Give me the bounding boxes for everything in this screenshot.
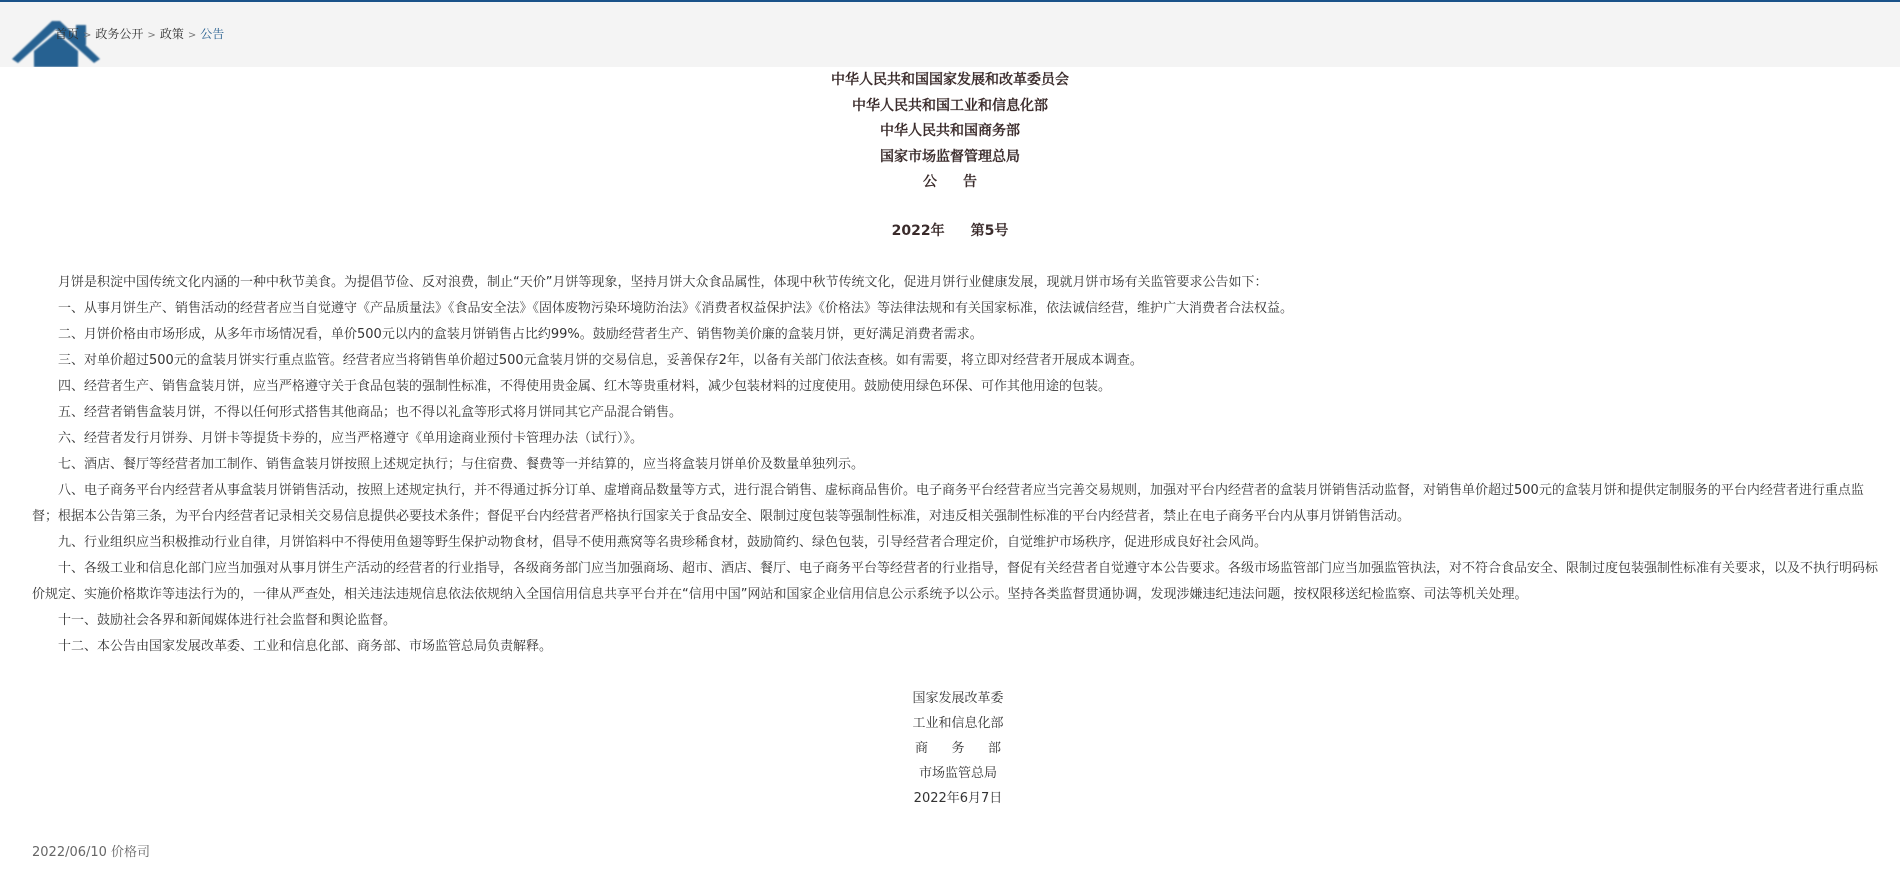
paragraph-11: 十一、鼓励社会各界和新闻媒体进行社会监督和舆论监督。 bbox=[32, 608, 1882, 634]
paragraph-9: 九、行业组织应当积极推动行业自律，月饼馅料中不得使用鱼翅等野生保护动物食材，倡导… bbox=[32, 530, 1882, 556]
document-number-value: 第5号 bbox=[971, 223, 1009, 239]
paragraph-4: 四、经营者生产、销售盒装月饼，应当严格遵守关于食品包装的强制性标准，不得使用贵金… bbox=[32, 374, 1882, 400]
breadcrumb-home[interactable]: 首页 bbox=[55, 27, 79, 41]
issuer-mofcom: 中华人民共和国商务部 bbox=[0, 120, 1900, 146]
signature-date: 2022年6月7日 bbox=[858, 786, 1058, 811]
signature-ndrc: 国家发展改革委 bbox=[858, 686, 1058, 711]
document-number: 2022年第5号 bbox=[0, 220, 1900, 246]
breadcrumb-policy[interactable]: 政策 bbox=[160, 27, 184, 41]
signature-mofcom: 商 务 部 bbox=[915, 736, 1001, 761]
paragraph-8: 八、电子商务平台内经营者从事盒装月饼销售活动，按照上述规定执行，并不得通过拆分订… bbox=[32, 478, 1882, 530]
document-body: 月饼是积淀中国传统文化内涵的一种中秋节美食。为提倡节俭、反对浪费，制止“天价”月… bbox=[32, 270, 1882, 660]
document-type: 公告 bbox=[0, 171, 1900, 197]
signature-mofcom-char-1: 商 bbox=[915, 736, 928, 761]
breadcrumb-gov-affairs[interactable]: 政务公开 bbox=[95, 27, 143, 41]
paragraph-12: 十二、本公告由国家发展改革委、工业和信息化部、商务部、市场监管总局负责解释。 bbox=[32, 634, 1882, 660]
paragraph-intro: 月饼是积淀中国传统文化内涵的一种中秋节美食。为提倡节俭、反对浪费，制止“天价”月… bbox=[32, 270, 1882, 296]
document-year: 2022年 bbox=[892, 223, 945, 239]
breadcrumb-separator: > bbox=[147, 30, 155, 41]
issuer-samr: 国家市场监督管理总局 bbox=[0, 146, 1900, 172]
issuer-miit: 中华人民共和国工业和信息化部 bbox=[0, 95, 1900, 121]
breadcrumb-bar bbox=[0, 2, 1900, 67]
signature-block: 国家发展改革委 工业和信息化部 商 务 部 市场监管总局 2022年6月7日 bbox=[858, 686, 1058, 811]
paragraph-2: 二、月饼价格由市场形成，从多年市场情况看，单价500元以内的盒装月饼销售占比约9… bbox=[32, 322, 1882, 348]
paragraph-7: 七、酒店、餐厅等经营者加工制作、销售盒装月饼按照上述规定执行；与住宿费、餐费等一… bbox=[32, 452, 1882, 478]
document-type-char-2: 告 bbox=[963, 174, 977, 190]
breadcrumb-separator: > bbox=[188, 30, 196, 41]
breadcrumb-announcement[interactable]: 公告 bbox=[200, 27, 224, 41]
signature-miit: 工业和信息化部 bbox=[858, 711, 1058, 736]
publish-meta: 2022/06/10 价格司 bbox=[32, 844, 150, 862]
paragraph-1: 一、从事月饼生产、销售活动的经营者应当自觉遵守《产品质量法》《食品安全法》《固体… bbox=[32, 296, 1882, 322]
signature-samr: 市场监管总局 bbox=[858, 761, 1058, 786]
paragraph-6: 六、经营者发行月饼券、月饼卡等提货卡券的，应当严格遵守《单用途商业预付卡管理办法… bbox=[32, 426, 1882, 452]
paragraph-10: 十、各级工业和信息化部门应当加强对从事月饼生产活动的经营者的行业指导，各级商务部… bbox=[32, 556, 1882, 608]
paragraph-3: 三、对单价超过500元的盒装月饼实行重点监管。经营者应当将销售单价超过500元盒… bbox=[32, 348, 1882, 374]
breadcrumb: 首页>政务公开>政策>公告 bbox=[55, 26, 224, 44]
document-header: 中华人民共和国国家发展和改革委员会 中华人民共和国工业和信息化部 中华人民共和国… bbox=[0, 69, 1900, 245]
issuer-ndrc: 中华人民共和国国家发展和改革委员会 bbox=[0, 69, 1900, 95]
breadcrumb-separator: > bbox=[83, 30, 91, 41]
signature-mofcom-char-3: 部 bbox=[988, 736, 1001, 761]
document-type-char-1: 公 bbox=[923, 174, 937, 190]
paragraph-5: 五、经营者销售盒装月饼，不得以任何形式搭售其他商品；也不得以礼盒等形式将月饼同其… bbox=[32, 400, 1882, 426]
signature-mofcom-char-2: 务 bbox=[951, 736, 964, 761]
